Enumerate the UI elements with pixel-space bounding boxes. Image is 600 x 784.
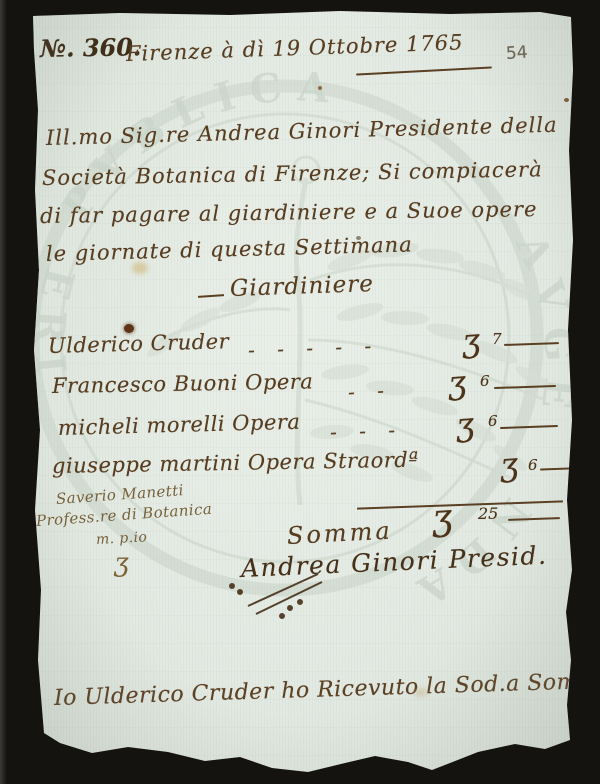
- entry-dashes: - - - - -: [248, 333, 380, 362]
- total-rule-line: [357, 500, 563, 509]
- body-line-4: le giornate di questa Settimana: [46, 232, 413, 266]
- body-line-3: di far pagare al giardiniere e a Suoe op…: [40, 197, 538, 228]
- fox-stain: [132, 262, 148, 274]
- body-line-1: Ill.mo Sig.re Andrea Ginori Presidente d…: [46, 113, 558, 150]
- attestation-manu-propria: m. p.io: [96, 529, 148, 548]
- entry-trail-line: [500, 425, 558, 429]
- total-amount: 25: [478, 504, 498, 523]
- entry-name: Francesco Buoni Opera: [52, 369, 314, 398]
- entry-amount: 6: [480, 372, 490, 390]
- section-heading: Giardiniere: [230, 271, 375, 302]
- attestation-currency-mark: ʒ: [114, 548, 129, 578]
- fox-speck: [564, 98, 569, 102]
- total-currency-symbol: ʒ: [431, 497, 454, 539]
- entry-trail-line: [494, 385, 556, 389]
- entry-currency-symbol: ʒ: [455, 405, 476, 444]
- entry-name: Ulderico Cruder: [48, 329, 230, 358]
- entry-trail-line: [504, 342, 559, 346]
- entry-currency-symbol: ʒ: [461, 321, 482, 360]
- dateline: Firenze à dì 19 Ottobre 1765: [126, 30, 464, 66]
- entry-currency-symbol: ʒ: [447, 363, 468, 402]
- body-line-2: Società Botanica di Firenze; Si compiace…: [42, 157, 543, 190]
- entry-amount: 6: [488, 412, 498, 430]
- heading-dash: [198, 294, 224, 298]
- entry-currency-symbol: ʒ: [499, 445, 520, 484]
- entry-name: micheli morelli Opera: [58, 410, 301, 440]
- signature-flourish: [200, 560, 340, 630]
- receipt-line: Io Ulderico Cruder ho Ricevuto la Sod.a …: [54, 668, 600, 711]
- entry-dashes: - -: [347, 378, 392, 404]
- photo-scan-edge: [0, 0, 7, 784]
- entry-amount: 6: [528, 456, 538, 474]
- entry-dashes: - - -: [330, 417, 404, 444]
- folio-number: 54: [505, 43, 528, 64]
- entry-amount: 7: [492, 330, 502, 348]
- seal-letters-left: E R I: [25, 263, 83, 376]
- entry-name: giuseppe martini Opera Straordª: [52, 448, 419, 478]
- fox-speck: [318, 86, 322, 90]
- seal-letters-right: A V G E: [506, 226, 583, 411]
- manuscript-page: P V B L I C A A V G E E R I N D A: [0, 0, 600, 784]
- date-underline-flourish: [356, 66, 492, 75]
- total-label: Somma: [286, 516, 393, 549]
- total-trail-line: [508, 517, 560, 521]
- entry-trail-line: [540, 467, 570, 470]
